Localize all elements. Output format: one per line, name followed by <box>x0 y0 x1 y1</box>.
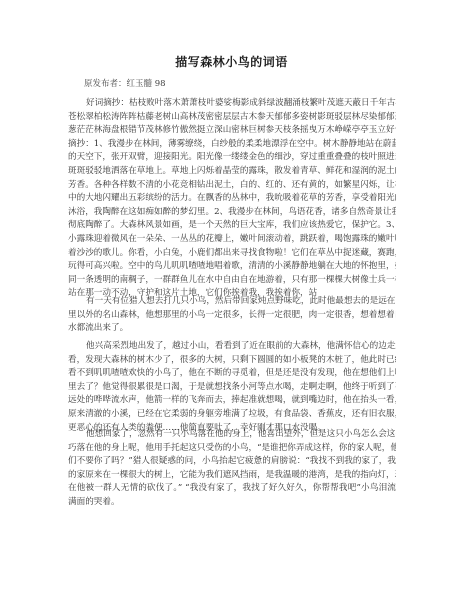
text-line: 小露珠迎着微风在一朵朵、一丛丛的花瓣上，嫩叶间滚动着，跳跃着，喝饱露珠的嫩叶唱 <box>68 233 396 247</box>
text-line: 玩得可高兴啦。空中的鸟儿叽叽喳喳地唱着歌，清清的小溪静静地躺在大地的怀抱里，如 <box>68 260 396 274</box>
text-line: 们不要你了吗？”猎人很疑惑的问，小鸟抬起它疲惫的肩膀说：“我找不到我的家了，我 <box>68 455 396 469</box>
text-line: 水都流出来了。 <box>68 322 396 336</box>
text-line: 的天空下，张开双臂，迎接阳光。阳光像一缕缕金色的细沙，穿过重重叠叠的枝叶照进来， <box>68 151 396 165</box>
text-line: 同一条透明的南稠子，一群群鱼儿在水中自由自在地游着，只有那一棵棵大树像士兵一样 <box>68 274 396 288</box>
text-line: 原来清澈的小溪，已经在它柔弱的身躯旁堆满了垃圾，有食品袋、香蕉皮，还有旧衣服， <box>68 408 396 422</box>
paragraph-good-words: 好词摘抄：枯枝败叶落木萧萧枝叶婆娑梅影成斜绿波翻涌枝繁叶茂遮天蔽日千年古树 苍松… <box>68 97 396 301</box>
paragraph-hunter-intro: 有一天有位猎人想去打几只小鸟，然后带回家炖点野味吃，此时他最想去的是远在百 里以… <box>68 295 396 336</box>
document-page: 描写森林小鸟的词语 原发布者：红玉髓 98 好词摘抄：枯枝败叶落木萧萧枝叶婆娑梅… <box>0 0 463 600</box>
text-line: 沐浴，我陶醉在这如痴如醉的梦幻里。2、我漫步在林间，鸟语花香，诸多自然奇景让我 <box>68 206 396 220</box>
text-line: 彻底陶醉了。大森林风景如画，是一个天然的巨大宝库，我们应该热爱它，保护它。3、 <box>68 219 396 233</box>
paragraph-hunter-forest: 他兴高采烈地出发了，越过小山，看看到了近在眼前的大森林，他满怀信心的边走边 看，… <box>68 340 396 435</box>
text-line: 他兴高采烈地出发了，越过小山，看看到了近在眼前的大森林，他满怀信心的边走边 <box>68 340 396 354</box>
text-line: 摘抄：1、我漫步在林间，薄雾缭绕，白纱般的柔柔地漂浮在空中。树木静静地站在蔚蓝 <box>68 138 396 152</box>
text-line: 斑斑驳驳地洒落在草地上。草地上闪烁着晶莹的露珠，散发着青草、鲜花和湿润的泥土的 <box>68 165 396 179</box>
text-line: 满面的哭着。 <box>68 496 396 510</box>
document-title: 描写森林小鸟的词语 <box>0 54 463 70</box>
text-line: 看不到叽叽喳喳欢快的小鸟了，他在不断的寻觅着，但是还是没有发现，他在想他们上哪 <box>68 367 396 381</box>
text-line: 中的大地闪耀出五彩缤纷的活力。在飘香的丛林中，我吮吸着花草的芳香，享受着阳光的 <box>68 192 396 206</box>
text-line: 在他被一群人无情的砍伐了。” “我没有家了，我找了好久好久，你帮帮我吧”小鸟泪流 <box>68 482 396 496</box>
text-line: 看，发现大森林的树木少了，很多的大树，只剩下圆圆的如小板凳的木桩了，他此时已经 <box>68 354 396 368</box>
text-line: 芳香。各种各样数不清的小花竞相钻出泥土，白的、红的、还有黄的，如繁星闪烁，让林 <box>68 179 396 193</box>
paragraph-injured-bird: 他想回家了，忽然有一只小鸟落在他的身上，他喜出望外，但是这只小鸟怎么会这么 巧落… <box>68 428 396 510</box>
text-line: 里去了？他觉得很累很是口渴，于是就想找条小河等点水喝，走啊走啊，他终于听到了不 <box>68 381 396 395</box>
text-line: 他想回家了，忽然有一只小鸟落在他的身上，他喜出望外，但是这只小鸟怎么会这么 <box>68 428 396 442</box>
author-line: 原发布者：红玉髓 98 <box>84 78 166 90</box>
text-line: 葱茫茫林海盘根错节茂林修竹傲然挺立深山密林巨树参天枝条摇曳万木峥嵘亭亭玉立好句 <box>68 124 396 138</box>
text-line: 苍松翠柏松涛阵阵枯藤老树山高林茂密密层层古木参天郁郁多姿树影斑驳层林尽染郁郁葱 <box>68 111 396 125</box>
text-line: 的家原来在一棵很大的树上，它能为我们遮风挡雨，是我温暖的港湾，是我的指向灯，现 <box>68 469 396 483</box>
text-line: 有一天有位猎人想去打几只小鸟，然后带回家炖点野味吃，此时他最想去的是远在百 <box>68 295 396 309</box>
text-line: 着沙沙的歌儿。你看，小白兔，小鹿们都出来寻找食物啦！它们在草丛中捉迷藏，赛跑， <box>68 247 396 261</box>
text-line: 好词摘抄：枯枝败叶落木萧萧枝叶婆娑梅影成斜绿波翻涌枝繁叶茂遮天蔽日千年古树 <box>68 97 396 111</box>
text-line: 远处的哗哗流水声，他箭一样的飞奔而去，捧起准就想喝，就到嘴边时，他在抬头一看， <box>68 394 396 408</box>
text-line: 巧落在他的身上呢，他用手托起这只受伤的小鸟，“是谁把你弄成这样，你的家人呢，他 <box>68 442 396 456</box>
text-line: 里以外的名山森林，他想那里的小鸟一定很多，长得一定很肥，肉一定很香，想着想着口 <box>68 309 396 323</box>
